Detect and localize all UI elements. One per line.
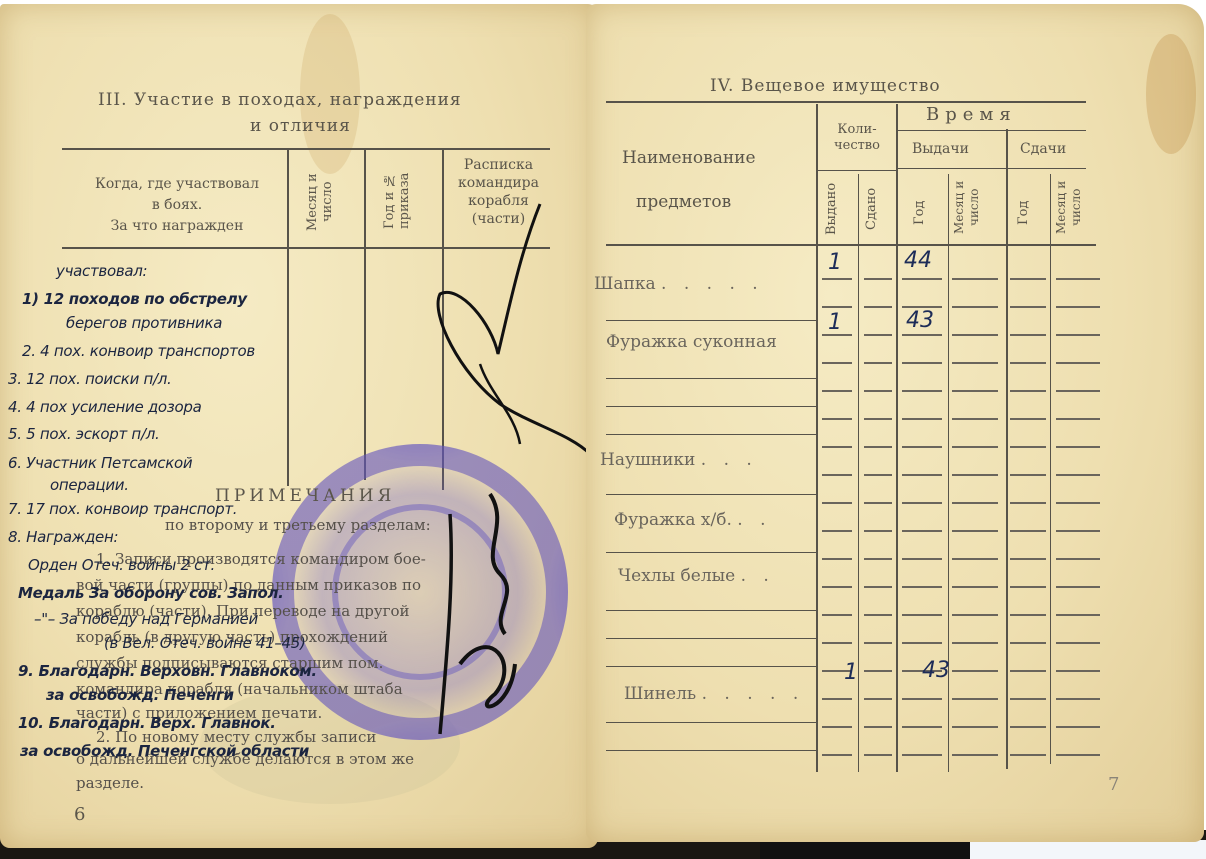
cell-dash (902, 726, 942, 728)
cell-dash (1010, 670, 1046, 672)
cell-dash (822, 278, 852, 280)
cell-dash (902, 754, 942, 756)
commander-signature (420, 194, 598, 754)
cell-dash (1056, 670, 1100, 672)
handwritten-entry: за освобожд. Печенгской области (20, 742, 309, 760)
cell-dash (1056, 474, 1100, 476)
cell-dash (822, 726, 852, 728)
column-header-month-day: Месяц и число (305, 159, 345, 245)
return-group-header: Сдачи (1020, 141, 1066, 157)
cell-dash (1056, 446, 1100, 448)
cell-dash (1056, 306, 1100, 308)
cell-dash (1010, 334, 1046, 336)
cell-dash (952, 726, 998, 728)
cell-dash (1010, 306, 1046, 308)
row-rule (606, 666, 816, 667)
cell-dash (822, 306, 852, 308)
cell-dash (1010, 698, 1046, 700)
cell-dash (1010, 502, 1046, 504)
row-rule (606, 552, 816, 553)
cell-dash (864, 642, 892, 644)
cell-dash (902, 474, 942, 476)
cell-dash (902, 390, 942, 392)
cell-dash (902, 334, 942, 336)
handwritten-entry: берегов противника (66, 314, 222, 332)
column-header-text: Когда, где участвовал (72, 174, 282, 195)
handwritten-entry: 2. 4 пох. конвоир транспортов (22, 342, 255, 360)
remarks-title: ПРИМЕЧАНИЯ (215, 486, 395, 506)
furazhka-issued-qty: 1 (828, 310, 842, 335)
cell-dash (952, 446, 998, 448)
item-shapka: Шапка . . . . . (594, 274, 764, 294)
name-column-header: Наименование (622, 148, 756, 168)
dot-leader: . . . . . (702, 684, 805, 704)
cell-dash (864, 530, 892, 532)
row-rule (606, 610, 816, 611)
table-header-bottom-rule (606, 244, 1096, 246)
handwritten-entry: 5. 5 пох. эскорт п/л. (8, 425, 159, 443)
column-divider (816, 104, 818, 772)
cell-dash (864, 306, 892, 308)
cell-dash (952, 670, 998, 672)
subcolumn-divider (1050, 174, 1051, 764)
table-top-rule (62, 148, 550, 150)
cell-dash (1056, 530, 1100, 532)
scan-bottom-white (970, 840, 1206, 859)
cell-dash (952, 418, 998, 420)
cell-dash (1056, 502, 1100, 504)
cell-dash (1056, 558, 1100, 560)
cell-dash (1056, 698, 1100, 700)
returned-column-header: Сдано (864, 176, 884, 242)
cell-dash (864, 698, 892, 700)
item-shinel: Шинель . . . . . (624, 684, 804, 704)
cell-dash (1010, 726, 1046, 728)
cell-dash (864, 446, 892, 448)
cell-dash (1056, 334, 1100, 336)
cell-dash (864, 278, 892, 280)
cell-dash (902, 558, 942, 560)
item-chekhly-belye: Чехлы белые . . (618, 566, 775, 586)
cell-dash (864, 614, 892, 616)
handwritten-entry: Орден Отеч. войны 2 ст. (28, 556, 215, 574)
column-divider (287, 150, 289, 486)
row-rule (606, 750, 816, 751)
cell-dash (1056, 418, 1100, 420)
cell-dash (822, 642, 852, 644)
cell-dash (864, 418, 892, 420)
time-subrule (898, 168, 1086, 169)
cell-dash (1010, 418, 1046, 420)
page-number: 6 (74, 804, 85, 825)
item-name: Шинель (624, 684, 696, 704)
item-name: Фуражка х/б. (614, 510, 732, 530)
subcolumn-divider (858, 174, 859, 772)
column-header-text: За что награжден (72, 216, 282, 237)
cell-dash (1056, 278, 1100, 280)
handwritten-entry: 9. Благодарн. Верховн. Главноком. (18, 662, 317, 680)
issue-group-header: Выдачи (912, 141, 969, 157)
furazhka-issue-year: 43 (906, 308, 934, 333)
handwritten-entry: участвовал: (56, 262, 147, 280)
handwritten-entry: 4. 4 пох усиление дозора (8, 398, 201, 416)
row-rule (606, 494, 816, 495)
item-name: Фуражка суконная (606, 332, 777, 352)
cell-dash (1056, 614, 1100, 616)
cell-dash (822, 502, 852, 504)
cell-dash (864, 362, 892, 364)
cell-dash (1010, 642, 1046, 644)
return-year-header: Год (1016, 184, 1036, 242)
cell-dash (952, 558, 998, 560)
shinel-issue-year: 43 (922, 658, 950, 683)
quantity-subrule (818, 170, 896, 171)
row-rule (606, 722, 816, 723)
cell-dash (864, 670, 892, 672)
remarks-line: разделе. (76, 774, 144, 792)
item-furazhka-hb: Фуражка х/б. . . (614, 510, 772, 530)
time-subrule (898, 130, 1086, 131)
handwritten-entry: 7. 17 пох. конвоир транспорт. (8, 500, 237, 518)
cell-dash (902, 586, 942, 588)
cell-dash (822, 614, 852, 616)
cell-dash (864, 586, 892, 588)
cell-dash (902, 502, 942, 504)
cell-dash (902, 278, 942, 280)
handwritten-entry: (в Вел. Отеч. войне 41–45) (104, 634, 306, 652)
cell-dash (1056, 642, 1100, 644)
cell-dash (822, 474, 852, 476)
cell-dash (822, 558, 852, 560)
cell-dash (822, 418, 852, 420)
handwritten-entry: 6. Участник Петсамской (8, 454, 192, 472)
column-divider (1006, 129, 1008, 769)
cell-dash (952, 502, 998, 504)
handwritten-entry: 1) 12 походов по обстрелу (22, 290, 247, 308)
handwritten-entry: 3. 12 пох. поиски п/л. (8, 370, 172, 388)
cell-dash (822, 530, 852, 532)
dot-leader: . . . (701, 450, 758, 470)
return-date-header: Месяц и число (1054, 172, 1088, 242)
row-rule (606, 434, 816, 435)
column-divider (896, 104, 898, 772)
cell-dash (902, 642, 942, 644)
cell-dash (822, 586, 852, 588)
cell-dash (1010, 362, 1046, 364)
cell-dash (864, 754, 892, 756)
cell-dash (822, 698, 852, 700)
cell-dash (952, 698, 998, 700)
time-group-header: Время (926, 104, 1017, 125)
table-top-rule (606, 101, 1086, 103)
cell-dash (1010, 754, 1046, 756)
shapka-issue-year: 44 (904, 248, 932, 273)
cell-dash (952, 390, 998, 392)
item-naushniki: Наушники . . . (600, 450, 758, 470)
cell-dash (1056, 726, 1100, 728)
cell-dash (902, 446, 942, 448)
column-header-text: в боях. (72, 195, 282, 216)
cell-dash (952, 362, 998, 364)
cell-dash (822, 754, 852, 756)
cell-dash (1010, 390, 1046, 392)
cell-dash (864, 502, 892, 504)
cell-dash (952, 334, 998, 336)
row-rule (606, 320, 816, 321)
row-rule (606, 406, 816, 407)
cell-dash (902, 530, 942, 532)
item-name: Шапка (594, 274, 656, 294)
cell-dash (952, 306, 998, 308)
cell-dash (864, 726, 892, 728)
cell-dash (1010, 474, 1046, 476)
handwritten-entry: 8. Награжден: (8, 528, 118, 546)
issue-date-header: Месяц и число (952, 172, 986, 242)
right-page: IV. Вещевое имущество Наименование предм… (586, 4, 1204, 842)
row-rule (606, 638, 816, 639)
issued-column-header: Выдано (824, 176, 844, 242)
column-header-when-where: Когда, где участвовал в боях. За что наг… (72, 174, 282, 237)
row-rule (606, 378, 816, 379)
handwritten-entry: Медаль За оборону сов. Запол. (18, 584, 284, 602)
cell-dash (822, 446, 852, 448)
cell-dash (1010, 558, 1046, 560)
handwritten-entry: 10. Благодарн. Верх. Главнок. (18, 714, 276, 732)
dot-leader: . . . . . (661, 274, 764, 294)
item-name: Чехлы белые (618, 566, 735, 586)
cell-dash (1056, 586, 1100, 588)
cell-dash (1056, 754, 1100, 756)
item-furazhka-sukonnaya: Фуражка суконная (606, 332, 777, 352)
cell-dash (902, 614, 942, 616)
handwritten-entry: –"– За победу над Германией (34, 610, 258, 628)
name-column-header: предметов (636, 192, 731, 212)
cell-dash (1010, 530, 1046, 532)
dot-leader: . . (741, 566, 775, 586)
left-page: III. Участие в походах, награждения и от… (0, 4, 598, 848)
cell-dash (952, 642, 998, 644)
cell-dash (1056, 362, 1100, 364)
cell-dash (902, 362, 942, 364)
cell-dash (902, 418, 942, 420)
cell-dash (864, 474, 892, 476)
section-title-line2: и отличия (250, 116, 351, 136)
cell-dash (1010, 278, 1046, 280)
cell-dash (952, 474, 998, 476)
cell-dash (952, 586, 998, 588)
cell-dash (822, 390, 852, 392)
cell-dash (1010, 614, 1046, 616)
cell-dash (952, 530, 998, 532)
cell-dash (952, 754, 998, 756)
cell-dash (864, 334, 892, 336)
cell-dash (1056, 390, 1100, 392)
cell-dash (952, 614, 998, 616)
cell-dash (864, 558, 892, 560)
column-divider (364, 150, 366, 480)
shapka-issued-qty: 1 (828, 250, 842, 275)
cell-dash (1010, 446, 1046, 448)
section-title-line1: III. Участие в походах, награждения (98, 90, 462, 110)
cell-dash (822, 362, 852, 364)
remarks-line: по второму и третьему разделам: (165, 516, 431, 534)
quantity-group-header: Коли-чество (818, 122, 896, 154)
handwritten-entry: операции. (50, 476, 129, 494)
cell-dash (952, 278, 998, 280)
cell-dash (1010, 586, 1046, 588)
section-title: IV. Вещевое имущество (710, 76, 941, 96)
handwritten-entry: за освобожд. Печенги (46, 686, 234, 704)
page-number: 7 (1108, 774, 1119, 795)
item-name: Наушники (600, 450, 695, 470)
cell-dash (864, 390, 892, 392)
paper-stain (1146, 34, 1196, 154)
shinel-issued-qty: 1 (844, 660, 858, 685)
column-header-text: Расписка (446, 156, 551, 174)
dot-leader: . . (737, 510, 771, 530)
issue-year-header: Год (912, 184, 932, 242)
column-header-text: командира (446, 174, 551, 192)
cell-dash (902, 698, 942, 700)
